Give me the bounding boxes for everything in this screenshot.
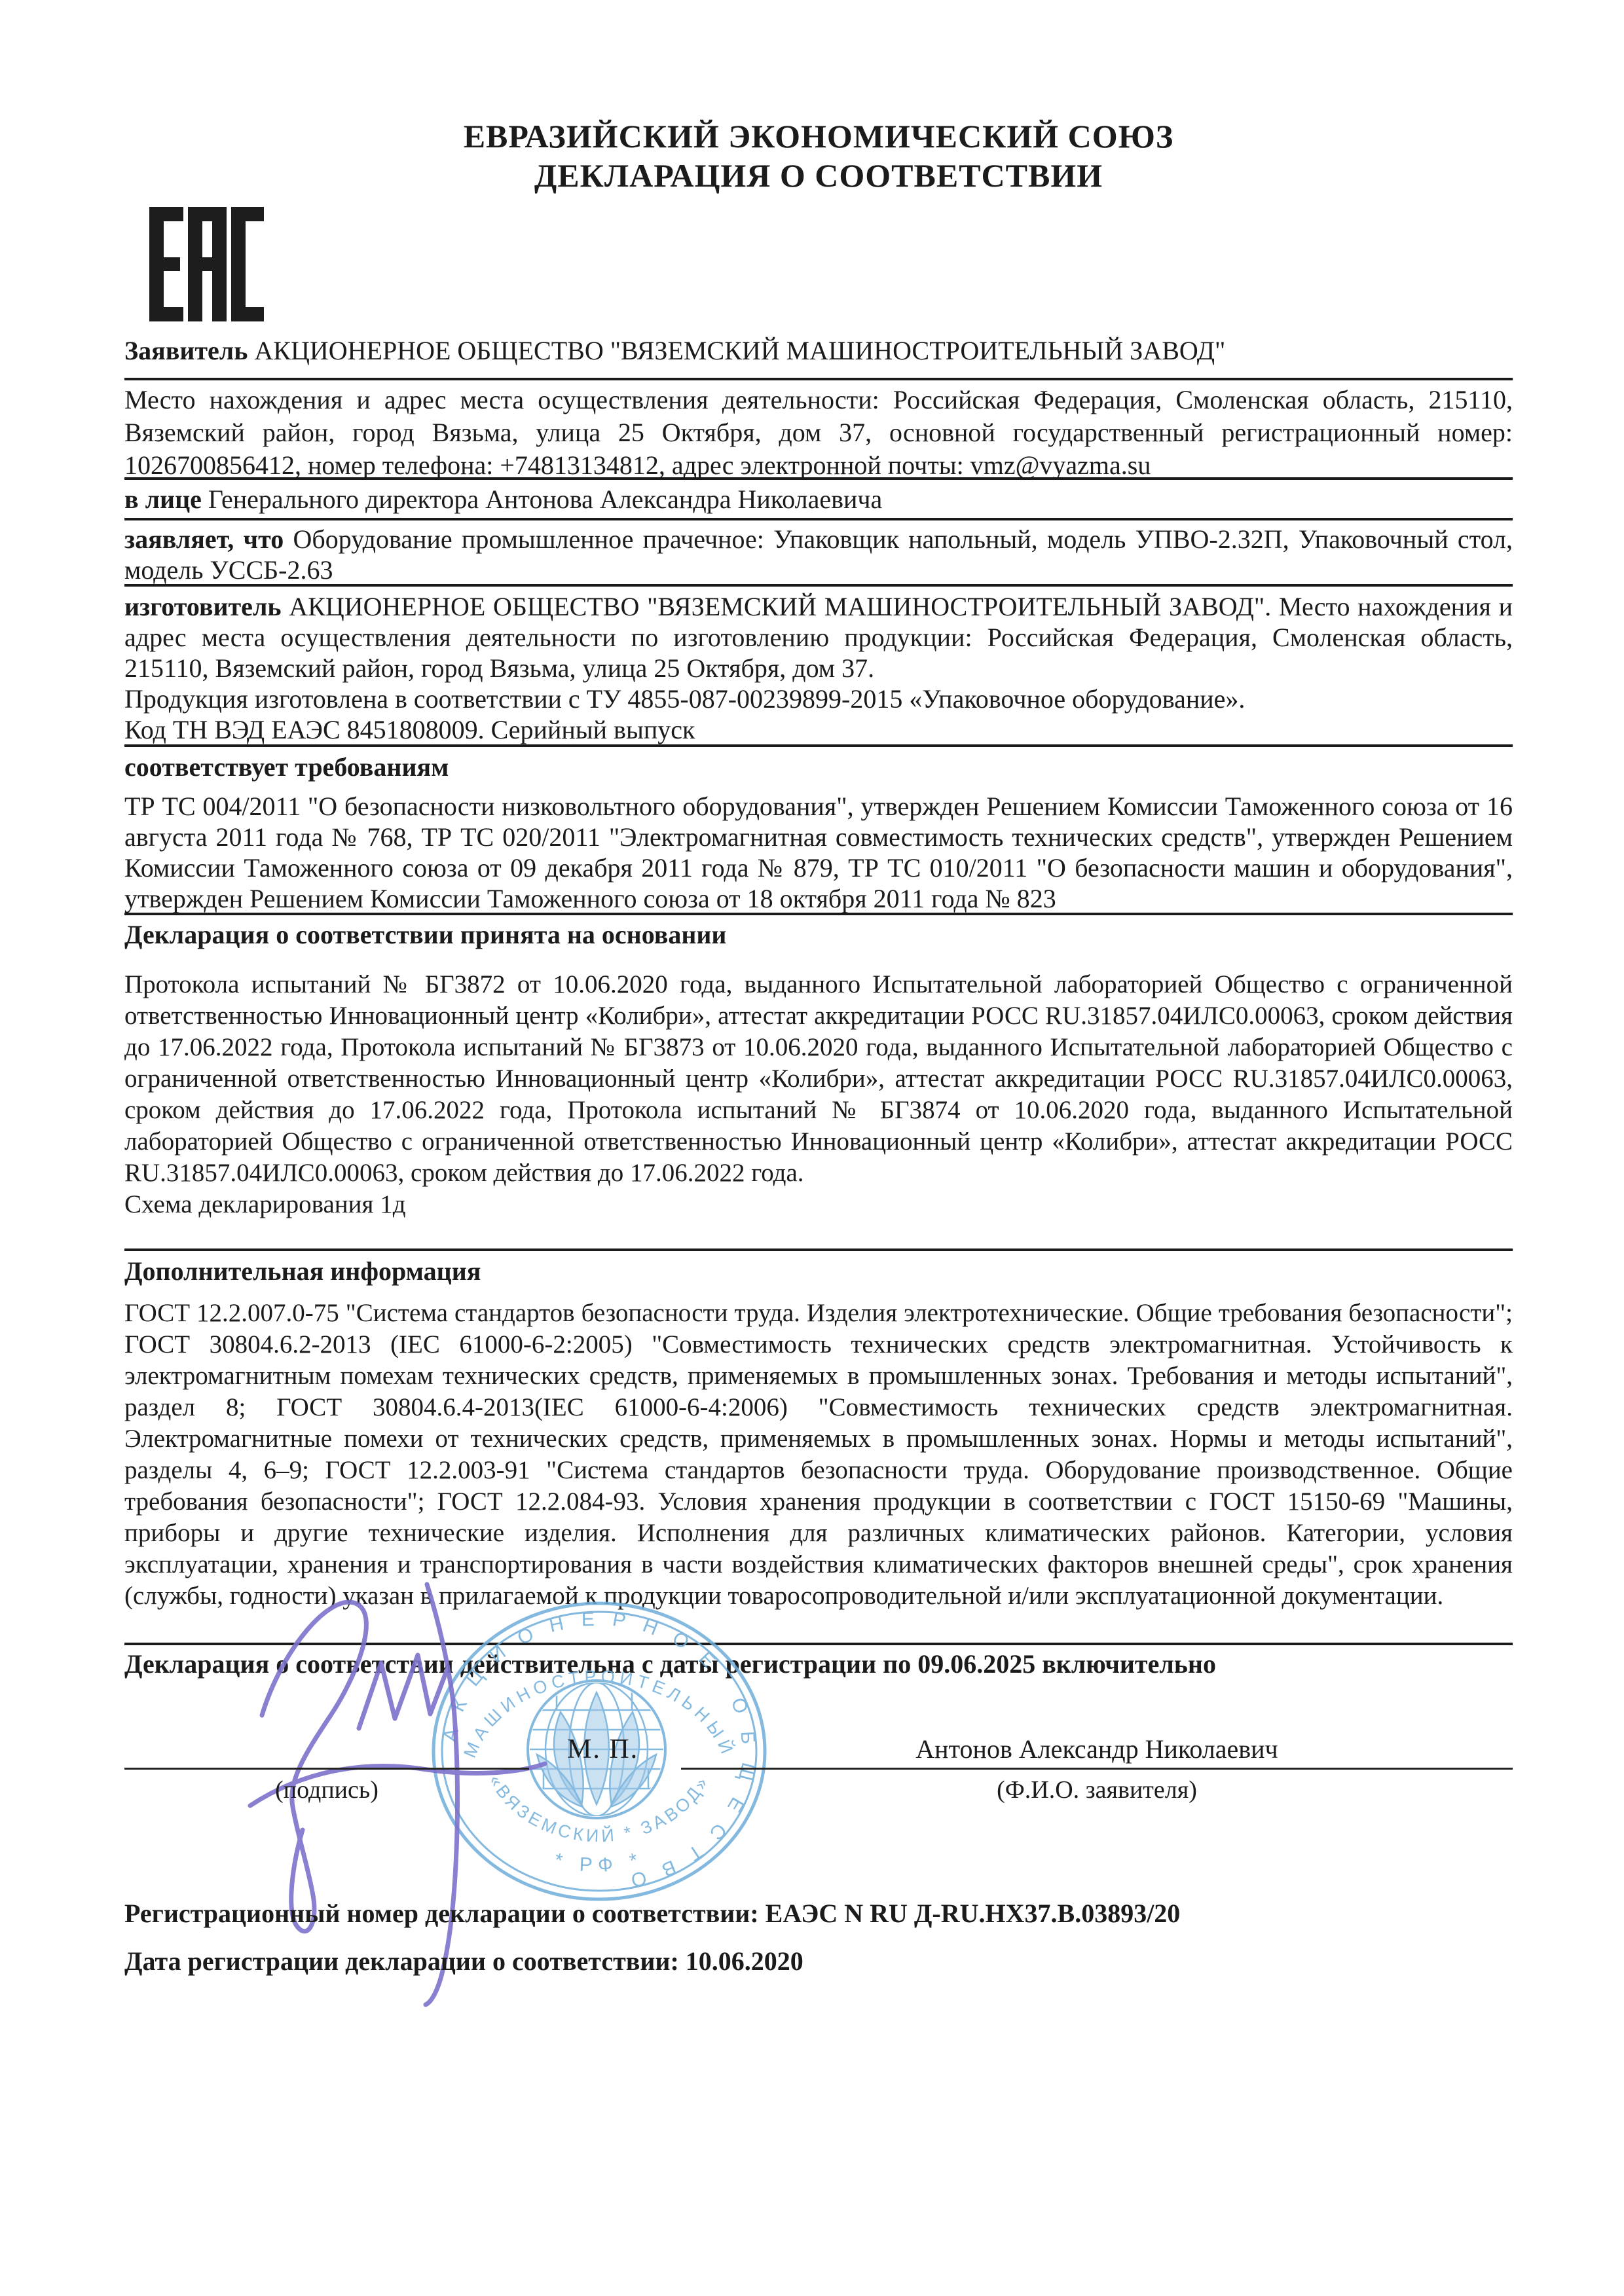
signature-caption: (подпись) — [124, 1776, 529, 1804]
declaration-document: ЕВРАЗИЙСКИЙ ЭКОНОМИЧЕСКИЙ СОЮЗ ДЕКЛАРАЦИ… — [0, 0, 1624, 2296]
divider-rule — [124, 518, 1513, 520]
eac-mark-icon — [149, 207, 264, 325]
svg-text:* РФ *: * РФ * — [552, 1848, 646, 1876]
divider-rule — [124, 913, 1513, 915]
tnved-code-line: Код ТН ВЭД ЕАЭС 8451808009. Серийный вып… — [124, 714, 1513, 745]
applicant-label: Заявитель — [124, 336, 248, 365]
applicant-address: Место нахождения и адрес места осуществл… — [124, 384, 1513, 482]
divider-rule — [124, 744, 1513, 747]
divider-rule — [124, 378, 1513, 380]
signature-line — [124, 1768, 529, 1770]
validity-line: Декларация о соответствии действительна … — [124, 1649, 1513, 1679]
applicant-line: Заявитель АКЦИОНЕРНОЕ ОБЩЕСТВО "ВЯЗЕМСКИ… — [124, 335, 1513, 367]
person-line: в лице Генерального директора Антонова А… — [124, 484, 1513, 515]
product-standard-line: Продукция изготовлена в соответствии с Т… — [124, 683, 1513, 714]
fio-line — [681, 1768, 1513, 1770]
document-title: ЕВРАЗИЙСКИЙ ЭКОНОМИЧЕСКИЙ СОЮЗ ДЕКЛАРАЦИ… — [124, 117, 1513, 195]
divider-rule — [124, 584, 1513, 587]
declares-value: Оборудование промышленное прачечное: Упа… — [124, 524, 1513, 585]
divider-rule — [124, 1643, 1513, 1645]
person-label: в лице — [124, 484, 202, 514]
title-line-1: ЕВРАЗИЙСКИЙ ЭКОНОМИЧЕСКИЙ СОЮЗ — [124, 117, 1513, 156]
declares-label: заявляет, что — [124, 524, 284, 554]
basis-heading: Декларация о соответствии принята на осн… — [124, 920, 1513, 950]
fio-caption: (Ф.И.О. заявителя) — [681, 1776, 1513, 1804]
registration-number-line: Регистрационный номер декларации о соотв… — [124, 1899, 1513, 1929]
declares-line: заявляет, что Оборудование промышленное … — [124, 524, 1513, 585]
basis-text: Протокола испытаний № БГ3872 от 10.06.20… — [124, 969, 1513, 1189]
manufacturer-value: АКЦИОНЕРНОЕ ОБЩЕСТВО "ВЯЗЕМСКИЙ МАШИНОСТ… — [124, 592, 1513, 683]
person-value: Генерального директора Антонова Александ… — [208, 484, 882, 514]
conforms-text: ТР ТС 004/2011 "О безопасности низковоль… — [124, 791, 1513, 914]
additional-text: ГОСТ 12.2.007.0-75 "Система стандартов б… — [124, 1298, 1513, 1612]
divider-rule — [124, 1248, 1513, 1251]
stamp-place-note: М. П. — [567, 1734, 638, 1765]
title-line-2: ДЕКЛАРАЦИЯ О СООТВЕТСТВИИ — [124, 156, 1513, 195]
stamp-rf-text: * РФ * — [552, 1848, 646, 1876]
registration-date-line: Дата регистрации декларации о соответств… — [124, 1946, 1513, 1977]
manufacturer-label: изготовитель — [124, 592, 282, 621]
applicant-fio: Антонов Александр Николаевич — [681, 1734, 1513, 1764]
conforms-heading: соответствует требованиям — [124, 752, 1513, 782]
additional-heading: Дополнительная информация — [124, 1256, 1513, 1286]
manufacturer-line: изготовитель АКЦИОНЕРНОЕ ОБЩЕСТВО "ВЯЗЕМ… — [124, 591, 1513, 683]
basis-block: Протокола испытаний № БГ3872 от 10.06.20… — [124, 969, 1513, 1220]
applicant-value: АКЦИОНЕРНОЕ ОБЩЕСТВО "ВЯЗЕМСКИЙ МАШИНОСТ… — [254, 336, 1225, 365]
manufacturer-block: изготовитель АКЦИОНЕРНОЕ ОБЩЕСТВО "ВЯЗЕМ… — [124, 591, 1513, 745]
divider-rule — [124, 477, 1513, 480]
scheme-line: Схема декларирования 1д — [124, 1189, 1513, 1220]
